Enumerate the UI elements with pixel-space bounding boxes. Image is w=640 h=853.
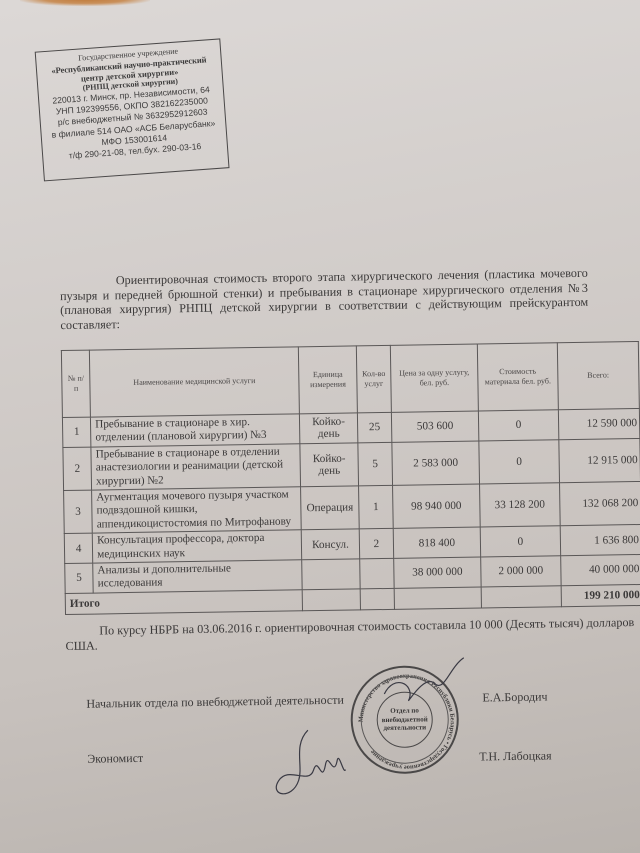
signature-head-icon [374, 653, 475, 715]
empty-cell [481, 586, 561, 608]
table-header-row: № п/п Наименование медицинской услуги Ед… [61, 341, 639, 417]
institution-stamp: Государственное учреждение «Республиканс… [35, 38, 230, 181]
row-total: 1 636 800 [560, 525, 640, 556]
header-total: Всего: [557, 341, 639, 409]
signature-name-economist: Т.Н. Лабоцкая [479, 748, 552, 764]
row-index: 5 [65, 563, 94, 593]
price: 98 940 000 [392, 484, 480, 529]
row-index: 1 [62, 417, 91, 447]
service-name: Анализы и дополнительные исследования [93, 560, 302, 593]
exchange-rate-paragraph: По курсу НБРБ на 03.06.2016 г. ориентиро… [65, 615, 640, 654]
total-label: Итого [65, 590, 302, 615]
row-index: 4 [64, 533, 93, 563]
material-cost: 0 [480, 526, 560, 557]
header-service-name: Наименование медицинской услуги [90, 347, 300, 417]
signature-economist-icon [263, 725, 354, 806]
unit: Операция [300, 486, 359, 530]
unit: Койко-день [300, 443, 359, 487]
empty-cell [360, 588, 394, 610]
price: 503 600 [391, 411, 479, 442]
header-quantity: Кол-во услуг [357, 345, 391, 413]
total-value: 199 210 000 [561, 584, 640, 606]
document-page: Государственное учреждение «Республиканс… [0, 0, 640, 853]
signature-position-economist: Экономист [87, 751, 143, 767]
header-price: Цена за одну услугу, бел. руб. [390, 344, 479, 412]
row-total: 12 590 000 [558, 408, 640, 439]
service-name: Аугментация мочевого пузыря участком под… [92, 487, 301, 533]
empty-cell [394, 587, 482, 609]
header-index: № п/п [61, 350, 90, 417]
service-name: Пребывание в стационаре в отделении анас… [91, 444, 300, 490]
material-cost: 33 128 200 [480, 483, 560, 527]
signature-position-head: Начальник отдела по внебюджетной деятель… [86, 693, 344, 712]
unit: Койко-день [299, 413, 358, 444]
row-total: 40 000 000 [560, 555, 640, 586]
quantity: 5 [358, 442, 392, 486]
unit: Консул. [301, 529, 360, 560]
signature-name-head: Е.А.Бородич [482, 689, 547, 705]
row-total: 132 068 200 [559, 482, 640, 526]
intro-paragraph: Ориентировочная стоимость второго этапа … [60, 266, 589, 333]
price: 2 583 000 [391, 441, 479, 486]
material-cost: 0 [479, 440, 559, 484]
quantity: 1 [359, 485, 393, 529]
service-name: Консультация профессора, доктора медицин… [92, 530, 301, 563]
price: 38 000 000 [393, 557, 481, 588]
price: 818 400 [393, 527, 481, 558]
material-cost: 0 [479, 410, 559, 441]
service-name: Пребывание в стационаре в хир. отделении… [91, 414, 300, 447]
quantity: 25 [358, 412, 392, 442]
quantity: 2 [359, 529, 393, 559]
row-index: 3 [64, 490, 93, 534]
header-material: Стоимость материала бел. руб. [478, 343, 558, 411]
unit [302, 559, 361, 590]
cost-table: № п/п Наименование медицинской услуги Ед… [61, 341, 640, 615]
header-unit: Единица измерения [298, 346, 357, 414]
empty-cell [302, 589, 361, 611]
row-index: 2 [63, 447, 92, 491]
quantity [360, 558, 394, 588]
row-total: 12 915 000 [558, 438, 640, 482]
seal-text-line: деятельности [382, 724, 428, 733]
material-cost: 2 000 000 [481, 556, 561, 587]
